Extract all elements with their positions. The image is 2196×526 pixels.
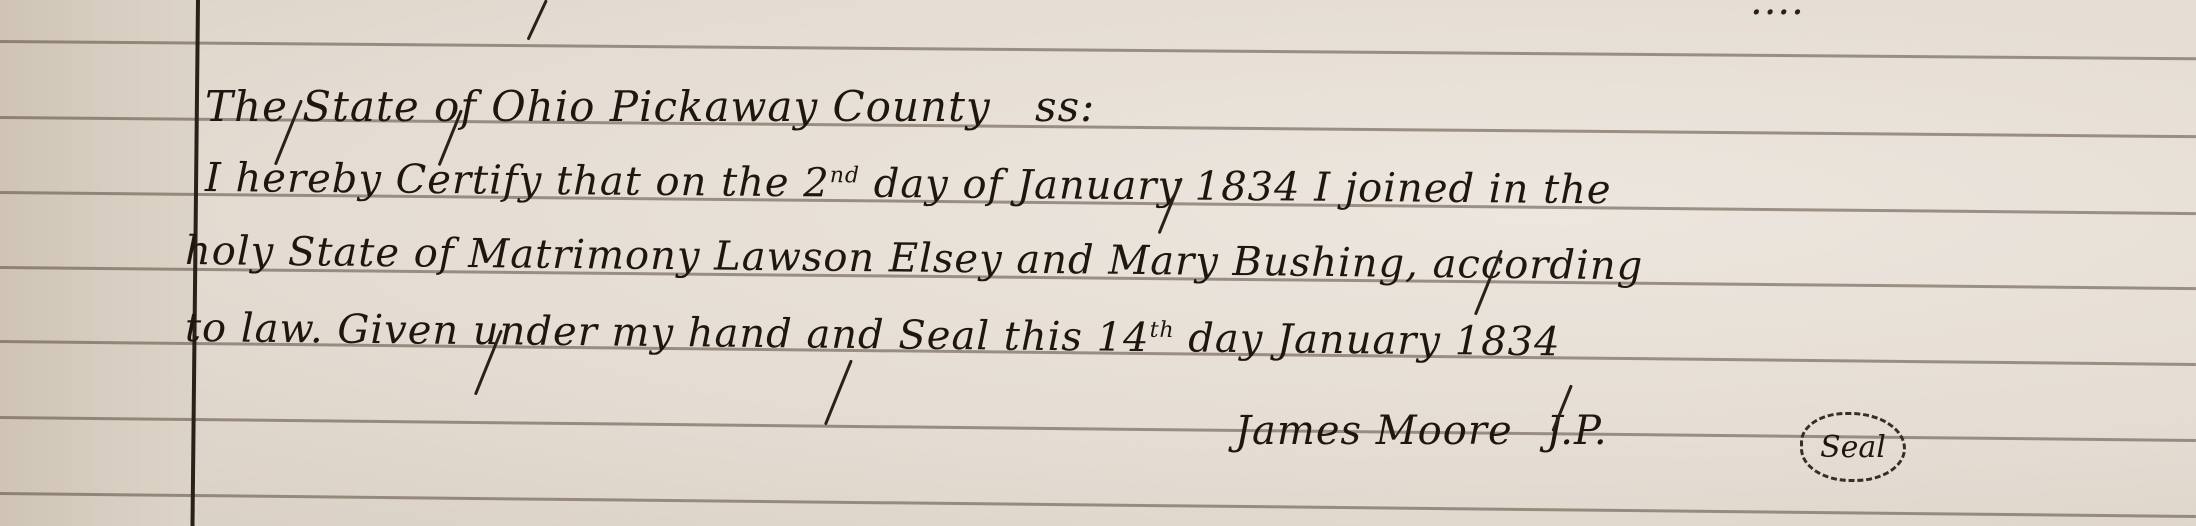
body-line-1: I hereby Certify that on the 2nd day of … xyxy=(205,155,1612,213)
signer-name: James Moore xyxy=(1235,408,1513,454)
body-line-2: holy State of Matrimony Lawson Elsey and… xyxy=(185,228,1644,289)
body-line-2-text: holy State of Matrimony Lawson Elsey and… xyxy=(185,228,1644,289)
body-line-3: to law. Given under my hand and Seal thi… xyxy=(185,305,1561,365)
ruled-line xyxy=(0,40,2196,60)
top-right-fragment: .... xyxy=(1750,0,1805,24)
body-line-1-text-cont: day of January 1834 I joined in the xyxy=(860,161,1612,214)
left-margin-column xyxy=(0,0,198,526)
descender-stroke xyxy=(527,0,548,41)
ordinal-suffix: th xyxy=(1150,318,1175,343)
descender-stroke xyxy=(824,359,853,425)
ledger-page: .... The State of Ohio Pickaway County s… xyxy=(0,0,2196,526)
seal-label: Seal xyxy=(1820,430,1886,465)
ruled-line xyxy=(0,492,2196,518)
heading-text: The State of Ohio Pickaway County xyxy=(205,82,991,131)
heading-suffix: ss: xyxy=(1035,82,1095,131)
signer-title: J.P. xyxy=(1546,408,1607,454)
heading-line: The State of Ohio Pickaway County ss: xyxy=(205,82,1095,131)
body-line-1-text: I hereby Certify that on the 2 xyxy=(205,155,830,206)
seal-mark: Seal xyxy=(1800,412,1906,482)
ordinal-suffix: nd xyxy=(830,163,860,188)
body-line-3-text-cont: day January 1834 xyxy=(1174,315,1560,365)
body-line-3-text: to law. Given under my hand and Seal thi… xyxy=(185,305,1150,361)
